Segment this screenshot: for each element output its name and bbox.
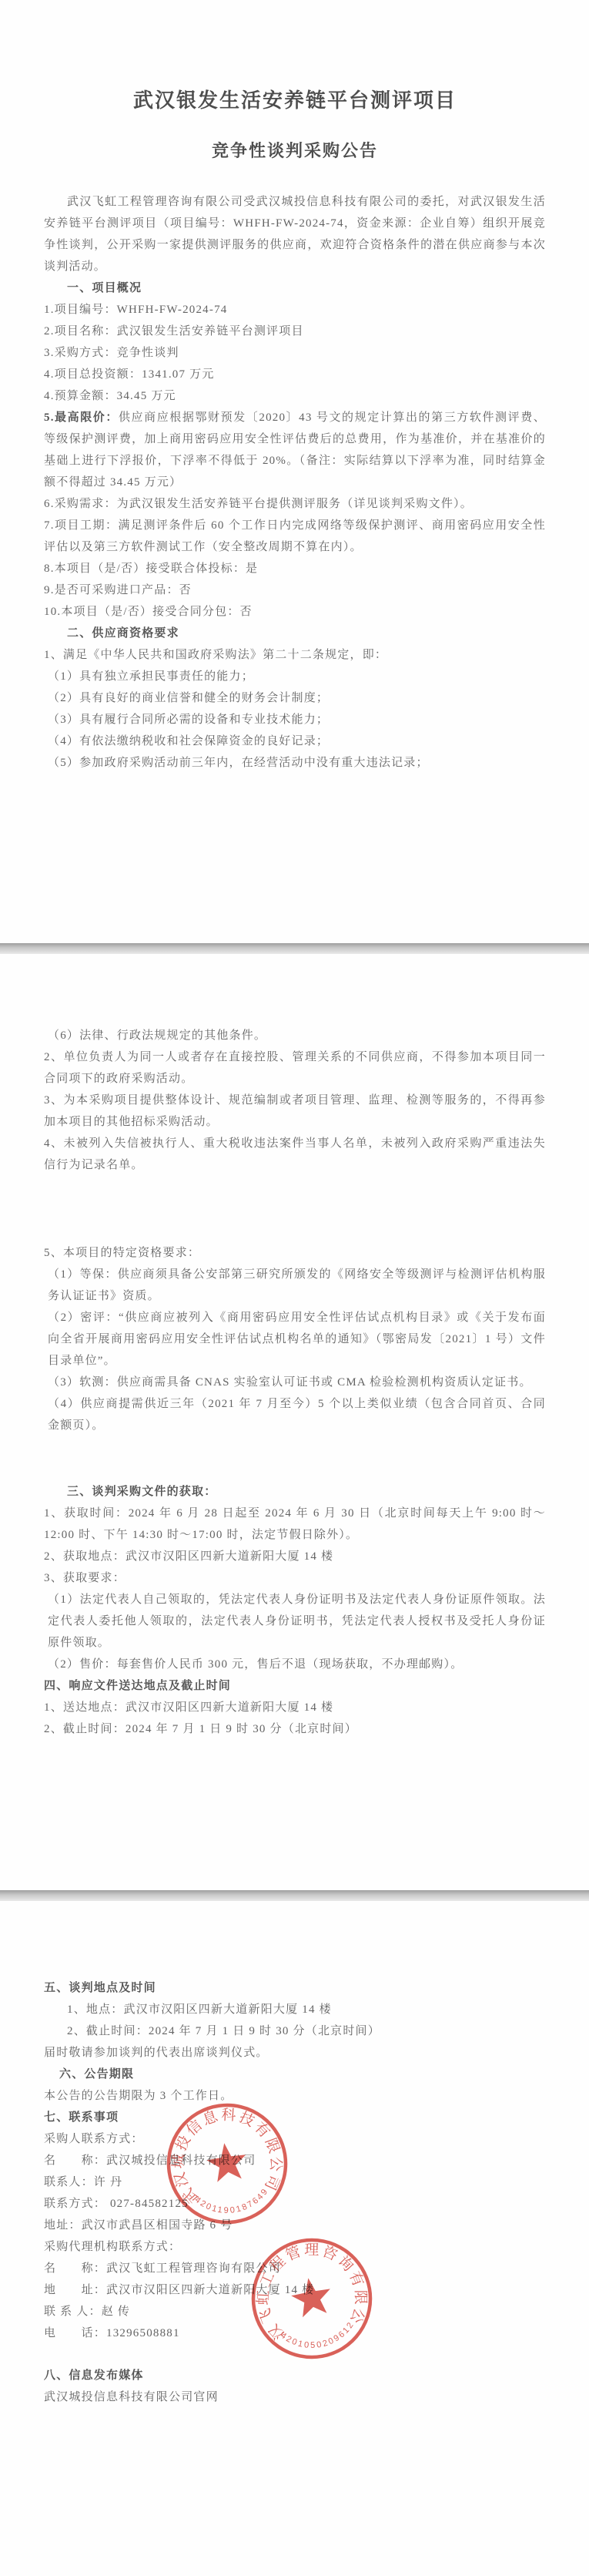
page-divider-1 xyxy=(0,943,589,954)
section-8-heading: 八、信息发布媒体 xyxy=(44,2365,546,2386)
line-qualify-5-1: （1）等保：供应商须具备公安部第三研究所颁发的《网络安全等级测评与检测评估机构服… xyxy=(44,1264,546,1307)
line-buyer-address: 地址：武汉市武昌区相国寺路 6 号 xyxy=(44,2215,546,2236)
line-obtain-require: 3、获取要求： xyxy=(44,1567,546,1589)
line-agency-person: 联 系 人：赵 传 xyxy=(44,2301,546,2322)
line-obtain-require-1: （1）法定代表人自己领取的，凭法定代表人身份证明书及法定代表人身份证原件领取。法… xyxy=(44,1589,546,1654)
section-3-heading: 三、谈判采购文件的获取： xyxy=(44,1481,546,1503)
line-buyer-person: 联系人：许 丹 xyxy=(44,2171,546,2193)
section-4-heading: 四、响应文件送达地点及截止时间 xyxy=(44,1675,546,1697)
section-5-heading: 五、谈判地点及时间 xyxy=(44,1977,546,1999)
line-talk-deadline: 2、截止时间：2024 年 7 月 1 日 9 时 30 分（北京时间） xyxy=(44,2020,546,2042)
line-procure-need: 6.采购需求：为武汉银发生活安养链平台提供测评服务（详见谈判采购文件）。 xyxy=(44,493,546,515)
line-qualify-1-3: （3）具有履行合同所必需的设备和专业技术能力； xyxy=(44,709,546,730)
line-agency-contact-label: 采购代理机构联系方式： xyxy=(44,2236,546,2258)
line-announce-period: 本公告的公告期限为 3 个工作日。 xyxy=(44,2085,546,2107)
section-1-heading: 一、项目概况 xyxy=(44,277,546,299)
line-obtain-time: 1、获取时间：2024 年 6 月 28 日起至 2024 年 6 月 30 日… xyxy=(44,1503,546,1546)
line-price-cap: 5.最高限价：供应商应根据鄂财预发〔2020〕43 号文的规定计算出的第三方软件… xyxy=(44,407,546,493)
line-qualify-1-1: （1）具有独立承担民事责任的能力； xyxy=(44,666,546,687)
line-obtain-place: 2、获取地点：武汉市汉阳区四新大道新阳大厦 14 楼 xyxy=(44,1546,546,1567)
line-project-duration: 7.项目工期：满足测评条件后 60 个工作日内完成网络等级保护测评、商用密码应用… xyxy=(44,515,546,558)
line-qualify-5-4: （4）供应商提需供近三年（2021 年 7 月至今）5 个以上类似业绩（包含合同… xyxy=(44,1393,546,1436)
line-project-name: 2.项目名称：武汉银发生活安养链平台测评项目 xyxy=(44,321,546,342)
line-joint-bid: 8.本项目（是/否）接受联合体投标：是 xyxy=(44,558,546,579)
intro-paragraph: 武汉飞虹工程管理咨询有限公司受武汉城投信息科技有限公司的委托，对武汉银发生活安养… xyxy=(44,191,546,277)
line-buyer-contact-label: 采购人联系方式： xyxy=(44,2128,546,2150)
line-agency-name: 名 称：武汉飞虹工程管理咨询有限公司 xyxy=(44,2258,546,2279)
line-total-investment: 4.项目总投资额：1341.07 万元 xyxy=(44,364,546,385)
line-talk-place: 1、地点：武汉市汉阳区四新大道新阳大厦 14 楼 xyxy=(44,1999,546,2020)
page-1: 武汉银发生活安养链平台测评项目 竞争性谈判采购公告 武汉飞虹工程管理咨询有限公司… xyxy=(0,0,589,943)
document-subtitle: 竞争性谈判采购公告 xyxy=(44,142,546,160)
section-7-heading: 七、联系事项 xyxy=(44,2107,546,2128)
line-qualify-1-2: （2）具有良好的商业信誉和健全的财务会计制度； xyxy=(44,687,546,709)
price-cap-label: 5.最高限价： xyxy=(44,411,119,424)
line-qualify-5: 5、本项目的特定资格要求： xyxy=(44,1242,546,1264)
line-qualify-1-4: （4）有依法缴纳税收和社会保障资金的良好记录； xyxy=(44,730,546,752)
price-cap-text: 供应商应根据鄂财预发〔2020〕43 号文的规定计算出的第三方软件测评费、等级保… xyxy=(44,411,546,489)
line-qualify-1: 1、满足《中华人民共和国政府采购法》第二十二条规定，即： xyxy=(44,644,546,666)
line-procure-method: 3.采购方式：竞争性谈判 xyxy=(44,342,546,364)
section-6-heading: 六、公告期限 xyxy=(44,2064,546,2085)
line-obtain-price: （2）售价：每套售价人民币 300 元，售后不退（现场获取，不办理邮购）。 xyxy=(44,1654,546,1675)
line-qualify-5-2: （2）密评：“供应商应被列入《商用密码应用安全性评估试点机构目录》或《关于发布面… xyxy=(44,1307,546,1372)
procurement-announcement-document: 武汉银发生活安养链平台测评项目 竞争性谈判采购公告 武汉飞虹工程管理咨询有限公司… xyxy=(0,0,589,2576)
line-qualify-1-6: （6）法律、行政法规规定的其他条件。 xyxy=(44,1025,546,1046)
line-budget: 4.预算金额：34.45 万元 xyxy=(44,385,546,407)
line-subcontract: 10.本项目（是/否）接受合同分包：否 xyxy=(44,601,546,623)
line-deliver-deadline: 2、截止时间：2024 年 7 月 1 日 9 时 30 分（北京时间） xyxy=(44,1718,546,1740)
line-talk-note: 届时敬请参加谈判的代表出席谈判仪式。 xyxy=(44,2042,546,2064)
line-qualify-4: 4、未被列入失信被执行人、重大税收违法案件当事人名单，未被列入政府采购严重违法失… xyxy=(44,1133,546,1176)
line-buyer-tel: 联系方式： 027-84582125 xyxy=(44,2193,546,2215)
page-3: 五、谈判地点及时间 1、地点：武汉市汉阳区四新大道新阳大厦 14 楼 2、截止时… xyxy=(0,1901,589,2576)
line-media: 武汉城投信息科技有限公司官网 xyxy=(44,2386,546,2408)
line-agency-tel: 电 话：13296508881 xyxy=(44,2322,546,2344)
page-2: （6）法律、行政法规规定的其他条件。 2、单位负责人为同一人或者存在直接控股、管… xyxy=(0,954,589,1890)
page-divider-2 xyxy=(0,1890,589,1901)
document-title: 武汉银发生活安养链平台测评项目 xyxy=(44,89,546,113)
section-2-heading: 二、供应商资格要求 xyxy=(44,623,546,644)
line-qualify-3: 3、为本采购项目提供整体设计、规范编制或者项目管理、监理、检测等服务的，不得再参… xyxy=(44,1090,546,1133)
line-qualify-2: 2、单位负责人为同一人或者存在直接控股、管理关系的不同供应商，不得参加本项目同一… xyxy=(44,1046,546,1090)
line-buyer-name: 名 称：武汉城投信息科技有限公司 xyxy=(44,2150,546,2171)
line-qualify-1-5: （5）参加政府采购活动前三年内，在经营活动中没有重大违法记录； xyxy=(44,752,546,774)
line-agency-address: 地 址：武汉市汉阳区四新大道新阳大厦 14 楼 xyxy=(44,2279,546,2301)
line-project-no: 1.项目编号：WHFH-FW-2024-74 xyxy=(44,299,546,321)
line-deliver-place: 1、送达地点：武汉市汉阳区四新大道新阳大厦 14 楼 xyxy=(44,1697,546,1718)
line-qualify-5-3: （3）软测：供应商需具备 CNAS 实验室认可证书或 CMA 检验检测机构资质认… xyxy=(44,1372,546,1393)
line-import-product: 9.是否可采购进口产品：否 xyxy=(44,579,546,601)
